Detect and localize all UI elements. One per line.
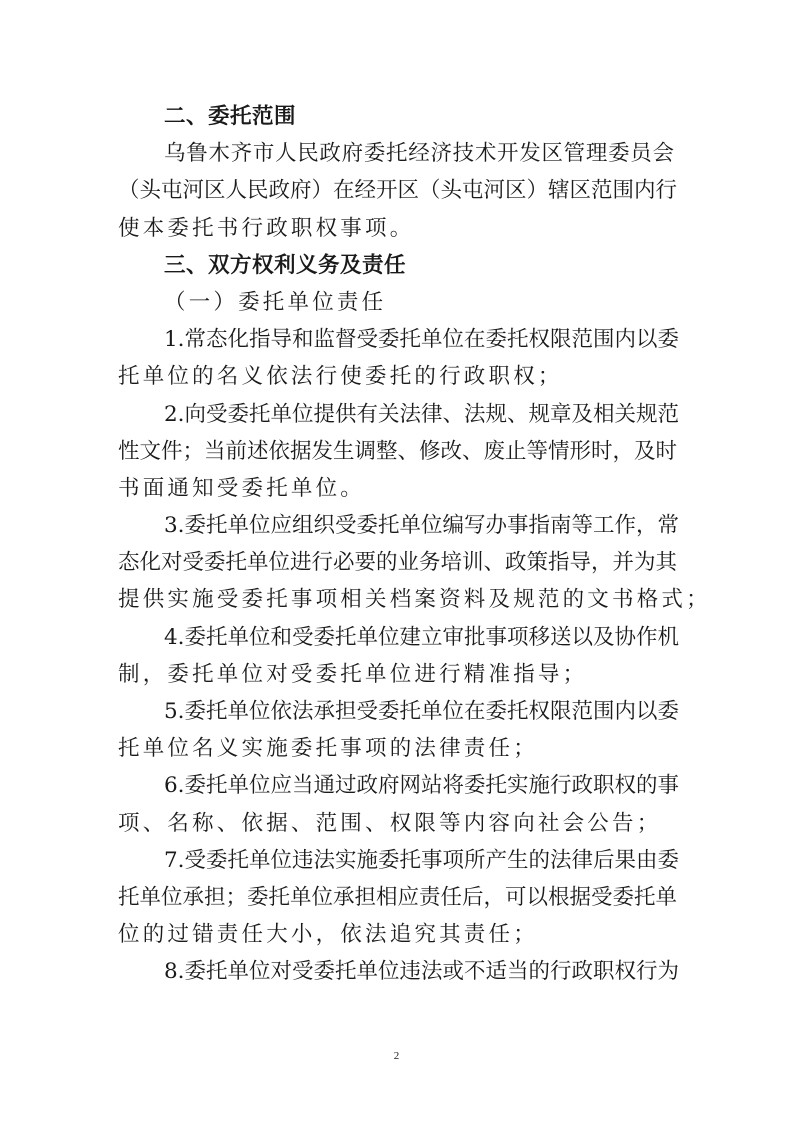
list-item-2-cont: 书面通知受委托单位。 bbox=[118, 470, 674, 507]
list-item-3-cont: 提供实施受委托事项相关档案资料及规范的文书格式； bbox=[118, 581, 674, 618]
list-item-2-cont: 性文件；当前述依据发生调整、修改、废止等情形时，及时 bbox=[118, 433, 674, 470]
item-number: 7. bbox=[164, 848, 185, 873]
item-number: 8. bbox=[164, 959, 185, 984]
item-text: 常态化指导和监督受委托单位在委托权限范围内以委 bbox=[185, 327, 680, 352]
list-item-5-cont: 托单位名义实施委托事项的法律责任； bbox=[118, 730, 674, 767]
item-number: 3. bbox=[164, 513, 185, 538]
subheading-principal-duties: （一）委托单位责任 bbox=[118, 284, 674, 321]
item-text: 委托单位依法承担受委托单位在委托权限范围内以委 bbox=[185, 699, 680, 724]
item-number: 1. bbox=[164, 327, 185, 352]
list-item-1: 1.常态化指导和监督受委托单位在委托权限范围内以委 bbox=[118, 321, 674, 358]
item-text: 委托单位和受委托单位建立审批事项移送以及协作机 bbox=[185, 625, 680, 650]
list-item-7-cont: 托单位承担；委托单位承担相应责任后，可以根据受委托单 bbox=[118, 879, 674, 916]
scope-paragraph-line: （头屯河区人民政府）在经开区（头屯河区）辖区范围内行 bbox=[118, 172, 674, 209]
list-item-4: 4.委托单位和受委托单位建立审批事项移送以及协作机 bbox=[118, 619, 674, 656]
item-text: 向受委托单位提供有关法律、法规、规章及相关规范 bbox=[185, 402, 680, 427]
section-heading-scope: 二、委托范围 bbox=[118, 98, 674, 135]
list-item-8: 8.委托单位对受委托单位违法或不适当的行政职权行为 bbox=[118, 953, 674, 990]
item-text: 委托单位应当通过政府网站将委托实施行政职权的事 bbox=[185, 773, 680, 798]
item-number: 4. bbox=[164, 625, 185, 650]
list-item-1-cont: 托单位的名义依法行使委托的行政职权； bbox=[118, 358, 674, 395]
item-number: 2. bbox=[164, 402, 185, 427]
scope-paragraph-line: 乌鲁木齐市人民政府委托经济技术开发区管理委员会 bbox=[118, 135, 674, 172]
document-page: 二、委托范围 乌鲁木齐市人民政府委托经济技术开发区管理委员会 （头屯河区人民政府… bbox=[118, 98, 674, 991]
list-item-6: 6.委托单位应当通过政府网站将委托实施行政职权的事 bbox=[118, 767, 674, 804]
item-number: 5. bbox=[164, 699, 185, 724]
list-item-5: 5.委托单位依法承担受委托单位在委托权限范围内以委 bbox=[118, 693, 674, 730]
list-item-7-cont: 位的过错责任大小，依法追究其责任； bbox=[118, 916, 674, 953]
list-item-6-cont: 项、名称、依据、范围、权限等内容向社会公告； bbox=[118, 805, 674, 842]
page-number: 2 bbox=[0, 1050, 793, 1062]
item-text: 受委托单位违法实施委托事项所产生的法律后果由委 bbox=[185, 848, 680, 873]
list-item-2: 2.向受委托单位提供有关法律、法规、规章及相关规范 bbox=[118, 396, 674, 433]
list-item-7: 7.受委托单位违法实施委托事项所产生的法律后果由委 bbox=[118, 842, 674, 879]
list-item-4-cont: 制，委托单位对受委托单位进行精准指导； bbox=[118, 656, 674, 693]
item-text: 委托单位对受委托单位违法或不适当的行政职权行为 bbox=[185, 959, 680, 984]
list-item-3: 3.委托单位应组织受委托单位编写办事指南等工作，常 bbox=[118, 507, 674, 544]
list-item-3-cont: 态化对受委托单位进行必要的业务培训、政策指导，并为其 bbox=[118, 544, 674, 581]
item-text: 委托单位应组织受委托单位编写办事指南等工作，常 bbox=[185, 513, 680, 538]
section-heading-rights-duties: 三、双方权利义务及责任 bbox=[118, 247, 674, 284]
item-number: 6. bbox=[164, 773, 185, 798]
scope-paragraph-line: 使本委托书行政职权事项。 bbox=[118, 210, 674, 247]
